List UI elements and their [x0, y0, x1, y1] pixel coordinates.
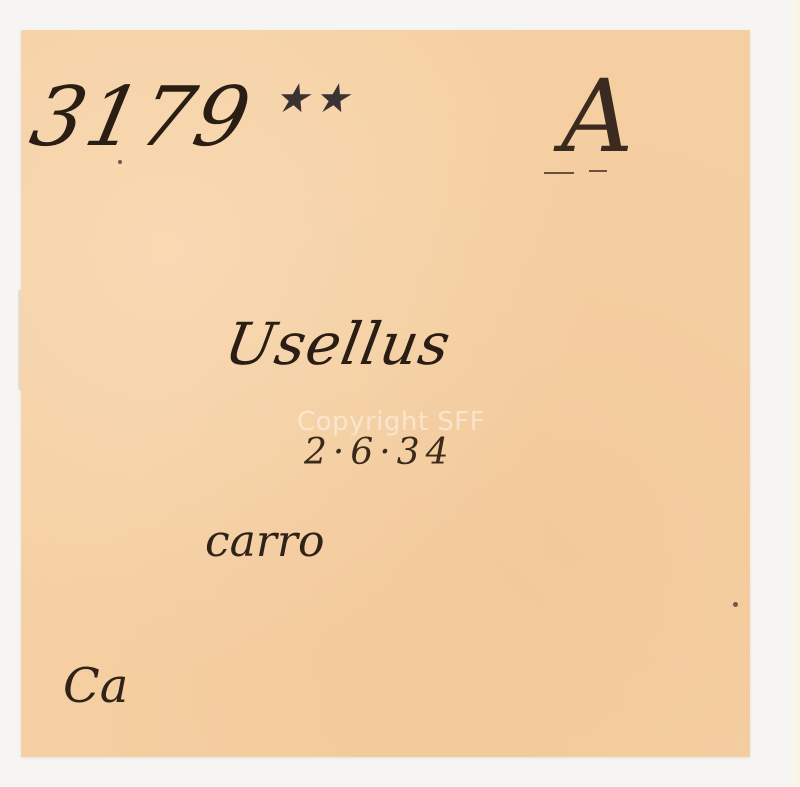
background-edge — [790, 0, 800, 787]
paper-speck — [733, 602, 738, 607]
collector-initials: Ca — [63, 658, 128, 714]
underline-mark — [589, 170, 607, 172]
catalog-number: 3179 — [23, 70, 260, 165]
category-letter: A — [561, 58, 633, 175]
specimen-card: 3179 ★★ A Usellus Copyright SFF 2·6·34 c… — [21, 30, 750, 757]
collection-date: 2·6·34 — [304, 432, 455, 473]
paper-speck — [118, 160, 122, 164]
underline-mark — [544, 172, 574, 174]
genus-name: Usellus — [220, 310, 456, 378]
locality: carro — [205, 516, 324, 567]
star-icons: ★★ — [274, 76, 354, 122]
